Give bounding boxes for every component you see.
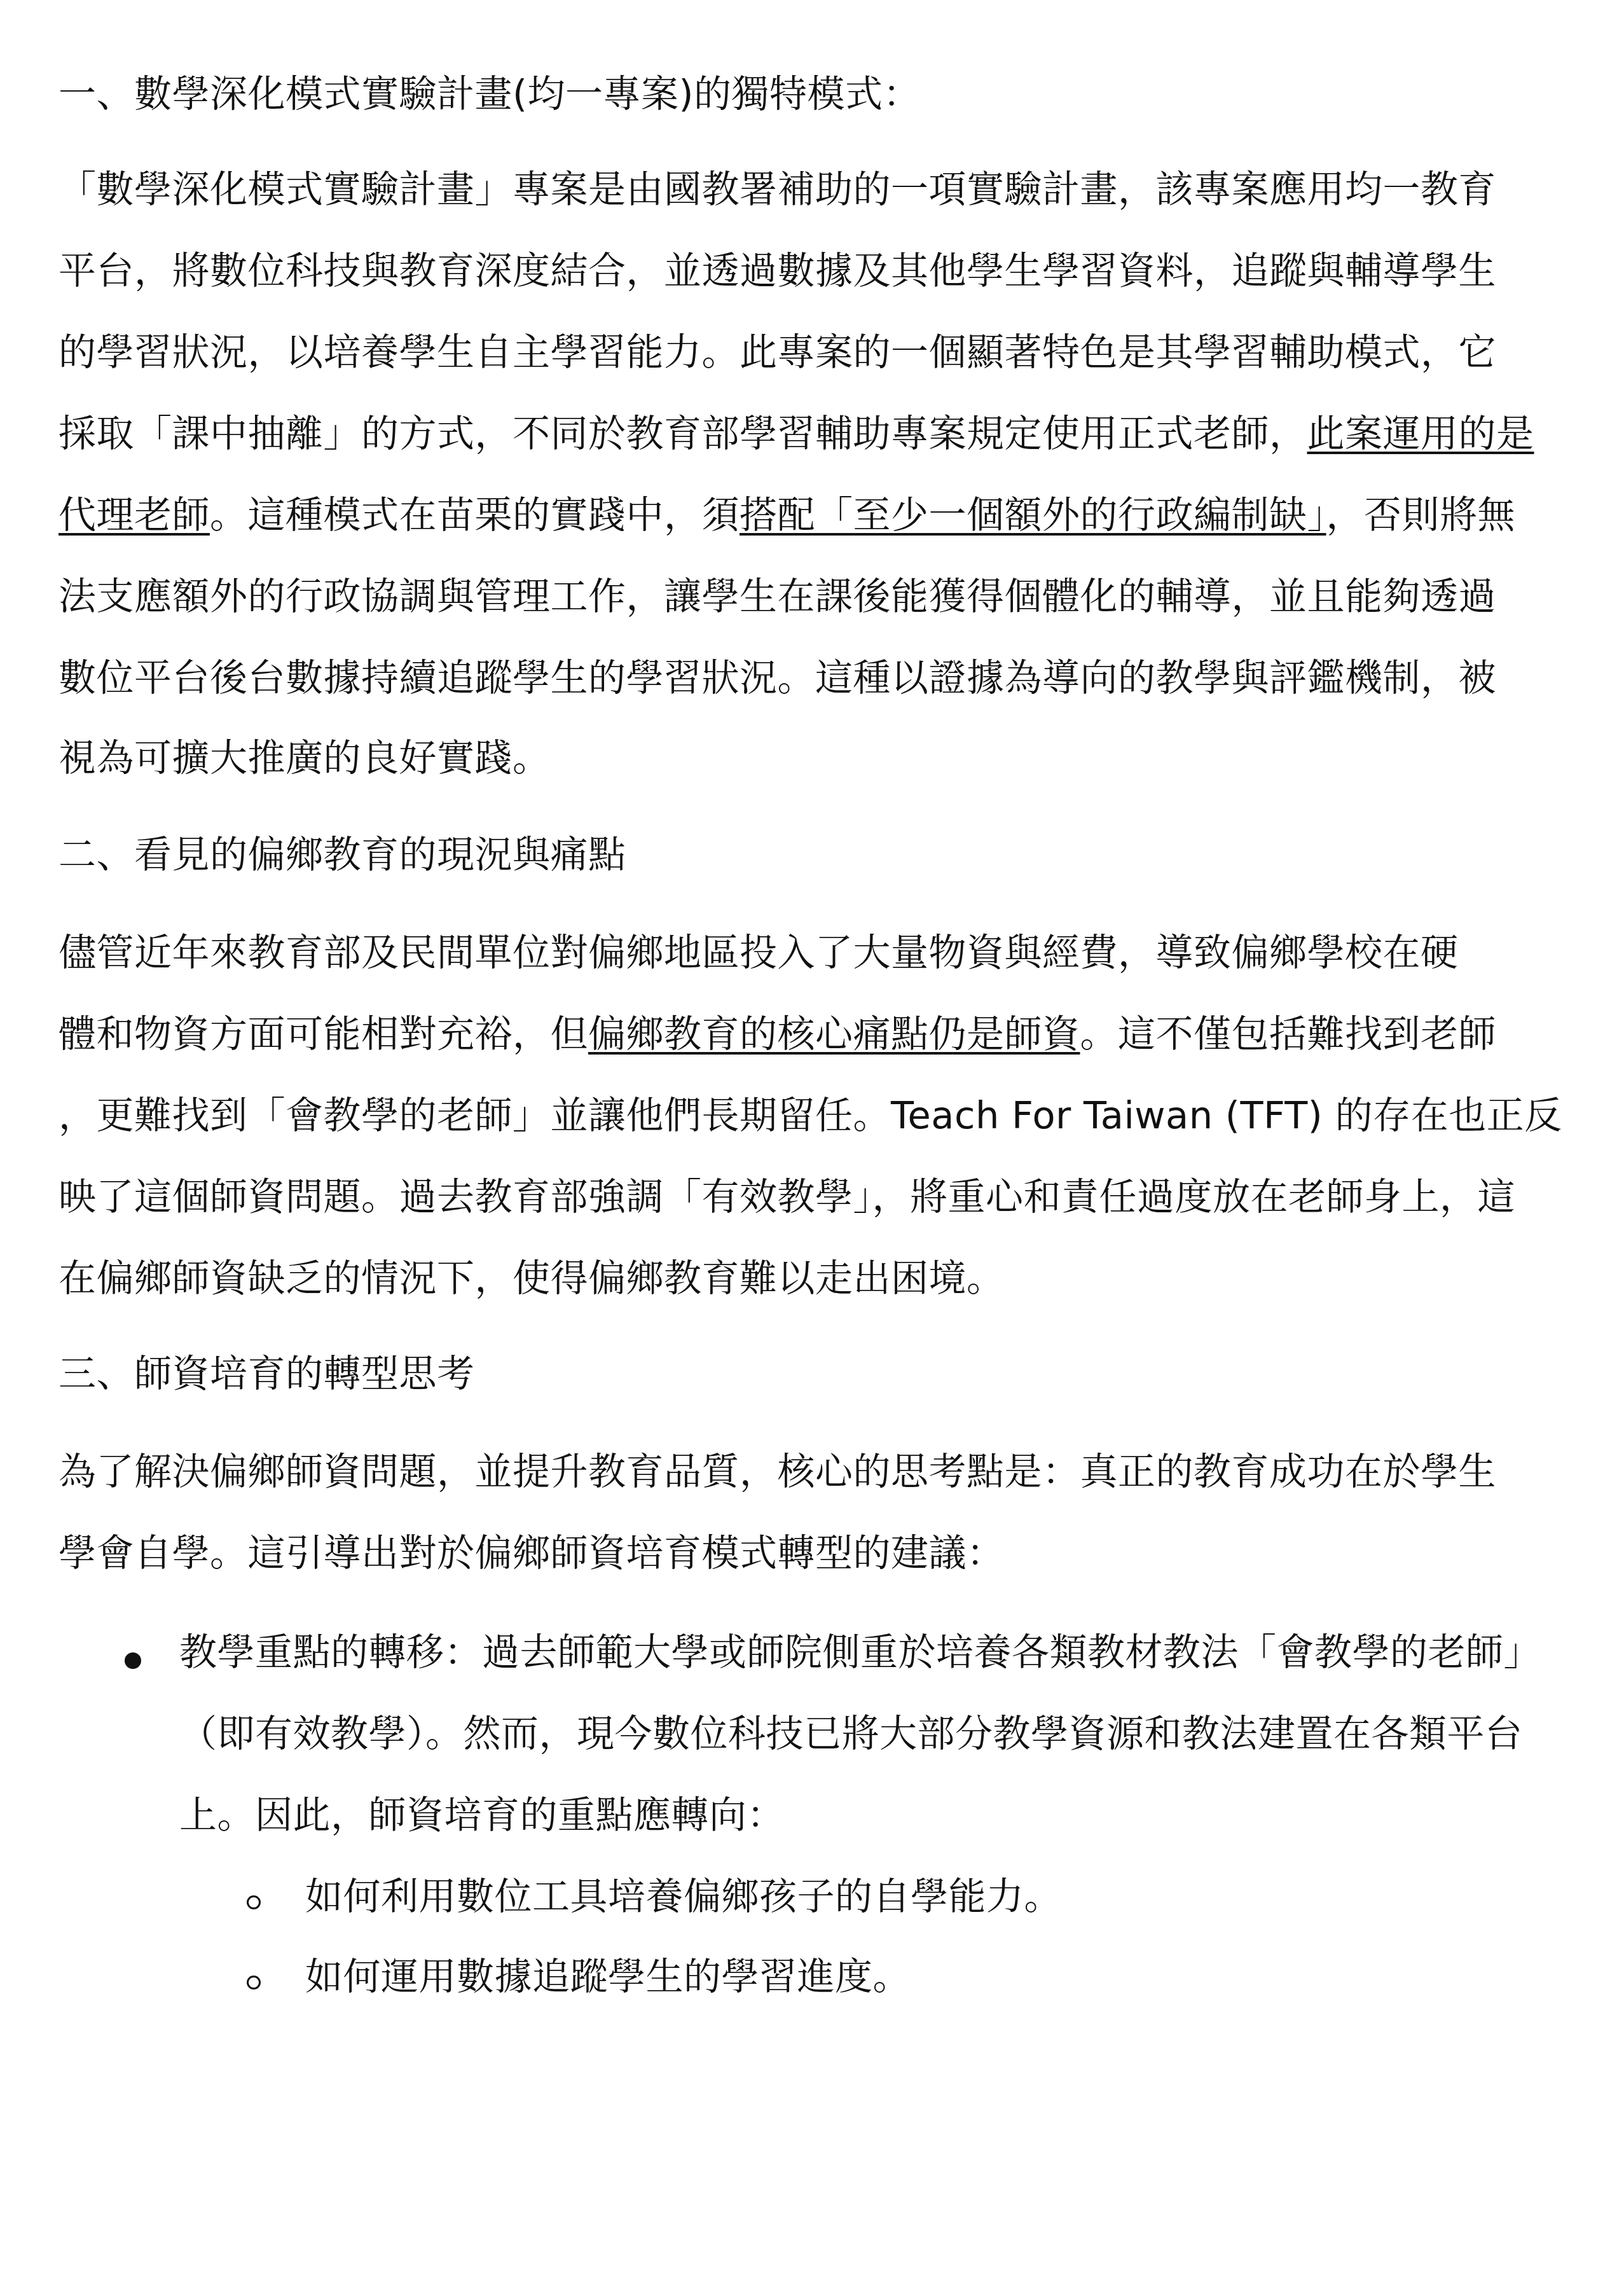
section2-line-3: ，更難找到「會教學的老師」並讓他們長期留任。Teach For Taiwan (… xyxy=(58,1093,1585,1138)
section1-line-8: 視為可擴大推廣的良好實踐。 xyxy=(58,735,1585,781)
underlined-phrase: 偏鄉教育的核心痛點仍是師資 xyxy=(588,1012,1080,1056)
section1-line-4-text: 採取「課中抽離」的方式，不同於教育部學習輔助專案規定使用正式老師， xyxy=(58,412,1307,455)
underlined-phrase: 代理老師 xyxy=(58,493,210,537)
section1-line-2: 平台，將數位科技與教育深度結合，並透過數據及其他學生學習資料，追蹤與輔導學生 xyxy=(58,248,1585,294)
underlined-phrase: 此案運用的是 xyxy=(1307,412,1534,455)
section1-line-4: 採取「課中抽離」的方式，不同於教育部學習輔助專案規定使用正式老師，此案運用的是 xyxy=(58,411,1585,457)
section2-line-2-text: 體和物資方面可能相對充裕，但 xyxy=(58,1012,588,1056)
section1-line-6: 法支應額外的行政協調與管理工作，讓學生在課後能獲得個體化的輔導，並且能夠透過 xyxy=(58,574,1585,619)
section2-line-4: 映了這個師資問題。過去教育部強調「有效教學」，將重心和責任過度放在老師身上，這 xyxy=(58,1174,1585,1220)
section1-heading: 一、數學深化模式實驗計畫(均一專案)的獨特模式： xyxy=(58,71,1585,117)
section3-line-1: 為了解決偏鄉師資問題，並提升教育品質，核心的思考點是：真正的教育成功在於學生 xyxy=(58,1449,1585,1495)
hollow-bullet-icon xyxy=(247,1976,261,1990)
underlined-phrase: 搭配「至少一個額外的行政編制缺」 xyxy=(740,493,1326,537)
bullet-line-3: 上。因此，師資培育的重點應轉向： xyxy=(179,1792,1591,1838)
section2-heading: 二、看見的偏鄉教育的現況與痛點 xyxy=(58,832,1585,878)
section2-line-5: 在偏鄉師資缺乏的情況下，使得偏鄉教育難以走出困境。 xyxy=(58,1256,1585,1301)
bullet-icon xyxy=(125,1652,141,1669)
section1-line-3: 的學習狀況，以培養學生自主學習能力。此專案的一個顯著特色是其學習輔助模式，它 xyxy=(58,329,1585,375)
document-page: 一、數學深化模式實驗計畫(均一專案)的獨特模式： 「數學深化模式實驗計畫」專案是… xyxy=(0,0,1624,2277)
sub-bullet-2: 如何運用數據追蹤學生的學習進度。 xyxy=(305,1954,1577,2000)
section3-heading: 三、師資培育的轉型思考 xyxy=(58,1351,1585,1397)
section1-line-7: 數位平台後台數據持續追蹤學生的學習狀況。這種以證據為導向的教學與評鑑機制，被 xyxy=(58,655,1585,701)
section1-line-5-tail: ，否則將無 xyxy=(1326,493,1516,537)
hollow-bullet-icon xyxy=(247,1895,261,1909)
section1-line-5: 代理老師。這種模式在苗栗的實踐中，須搭配「至少一個額外的行政編制缺」，否則將無 xyxy=(58,492,1585,538)
section2-line-1: 儘管近年來教育部及民間單位對偏鄉地區投入了大量物資與經費，導致偏鄉學校在硬 xyxy=(58,930,1585,976)
section2-line-2-tail: 。這不僅包括難找到老師 xyxy=(1080,1012,1497,1056)
section3-line-2: 學會自學。這引導出對於偏鄉師資培育模式轉型的建議： xyxy=(58,1530,1585,1576)
sub-bullet-1: 如何利用數位工具培養偏鄉孩子的自學能力。 xyxy=(305,1874,1577,1920)
section2-line-2: 體和物資方面可能相對充裕，但偏鄉教育的核心痛點仍是師資。這不僅包括難找到老師 xyxy=(58,1011,1585,1057)
section1-line-5-text: 。這種模式在苗栗的實踐中，須 xyxy=(210,493,740,537)
section1-line-1: 「數學深化模式實驗計畫」專案是由國教署補助的一項實驗計畫，該專案應用均一教育 xyxy=(58,167,1585,212)
bullet-line-1: 教學重點的轉移：過去師範大學或師院側重於培養各類教材教法「會教學的老師」 xyxy=(179,1630,1591,1675)
bullet-line-2: （即有效教學）。然而，現今數位科技已將大部分教學資源和教法建置在各類平台 xyxy=(179,1711,1591,1757)
